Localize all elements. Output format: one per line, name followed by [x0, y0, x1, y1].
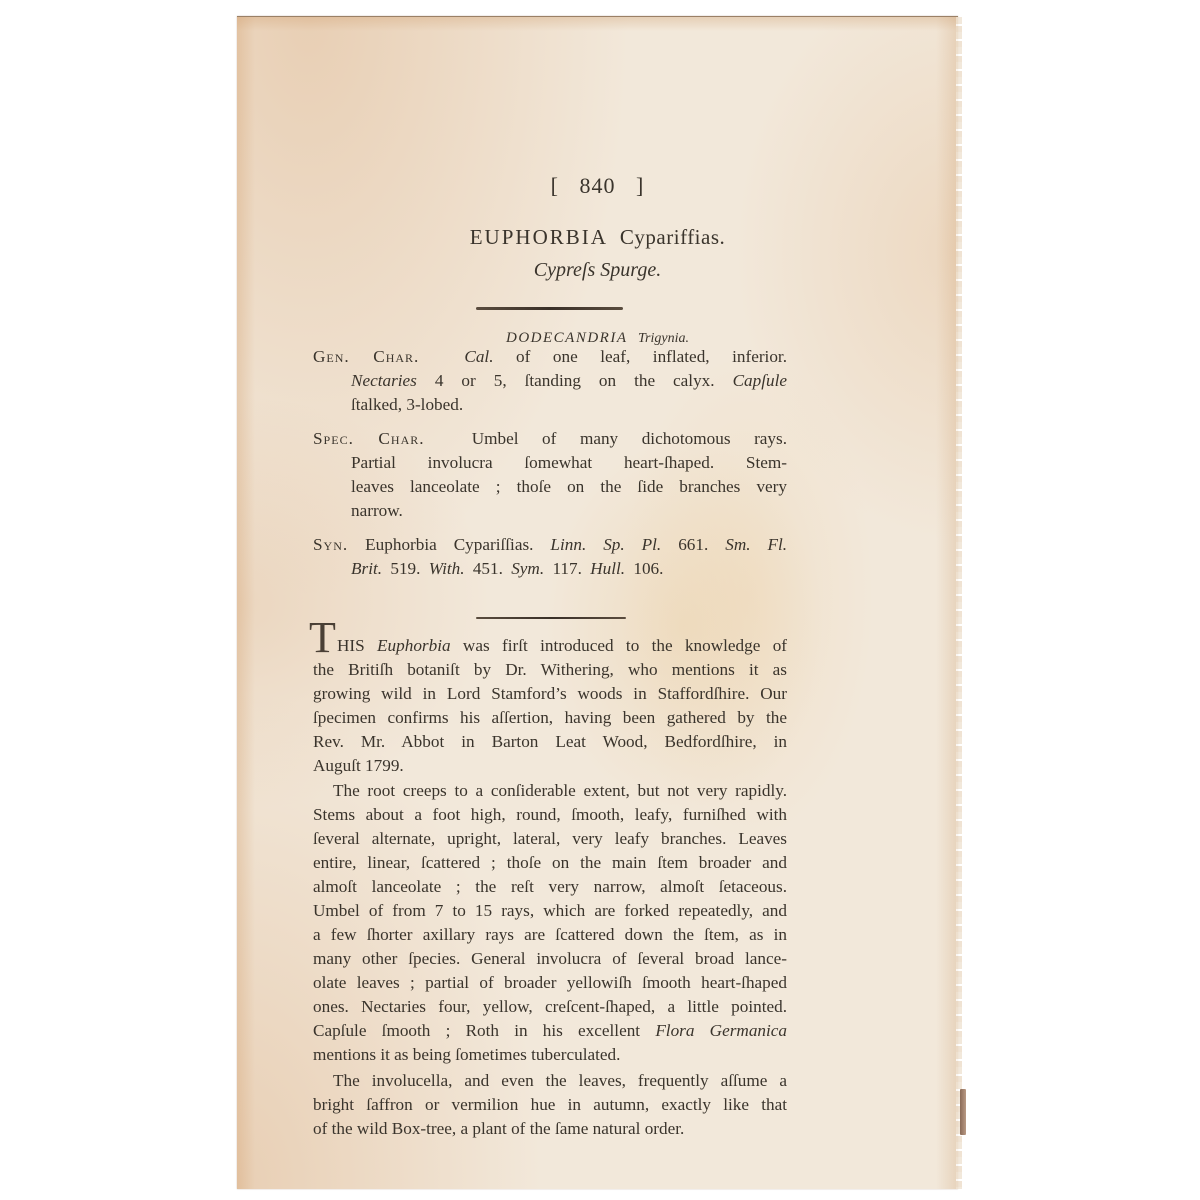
spec-char-line-1: Spec. Char. Umbel of many dichotomous ra…	[313, 427, 787, 451]
p1-line-4: ſpecimen confirms his aſſertion, having …	[313, 706, 787, 730]
p2-line-12: mentions it as being ſometimes tubercula…	[313, 1043, 787, 1067]
gen-char-line-1: Gen. Char. Cal. of one leaf, inflated, i…	[313, 345, 787, 369]
p1-line-1: THIS Euphorbia was firſt introduced to t…	[313, 634, 787, 658]
order-name: Trigynia.	[638, 331, 689, 346]
syn-ref-num: 106.	[633, 559, 663, 578]
p2-line-10: ones. Nectaries four, yellow, creſcent-ſ…	[313, 995, 787, 1019]
p2-line-1: The root creeps to a conſiderable extent…	[333, 779, 787, 803]
syn-label: Syn.	[313, 535, 348, 554]
p1-text: was firſt introduced to the knowledge of	[463, 636, 787, 655]
p2-line-7: a few ſhorter axillary rays are ſcattere…	[313, 923, 787, 947]
p3-line-2: bright ſaffron or vermilion hue in autum…	[313, 1093, 787, 1117]
p1-line-6: Auguſt 1799.	[313, 754, 787, 778]
p2-italic-title: Flora Germanica	[655, 1021, 787, 1040]
syn-name: Euphorbia Cypariſſias.	[365, 535, 533, 554]
p1-italic: Euphorbia	[377, 636, 451, 655]
syn-ref: Sym.	[511, 559, 544, 578]
p1-line-5: Rev. Mr. Abbot in Barton Leat Wood, Bedf…	[313, 730, 787, 754]
p1-line-2: the Britiſh botaniſt by Dr. Withering, w…	[313, 658, 787, 682]
spec-char-text: Umbel of many dichotomous rays.	[472, 429, 787, 448]
divider-rule	[476, 307, 623, 310]
gen-char-text: of one leaf, inflated, inferior.	[494, 347, 787, 366]
gen-char-text: 4 or 5, ſtanding on the calyx.	[417, 371, 733, 390]
book-page: [ 840 ] EUPHORBIACypariffias. Cypreſs Sp…	[237, 16, 958, 1189]
gen-char-line-2: Nectaries 4 or 5, ſtanding on the calyx.…	[351, 369, 787, 393]
gen-char-capsule: Capſule	[733, 371, 787, 390]
syn-ref: Linn. Sp. Pl.	[550, 535, 661, 554]
gen-char-cal: Cal.	[464, 347, 493, 366]
p1-first-word: HIS	[337, 636, 365, 655]
syn-ref-num: 519.	[390, 559, 420, 578]
syn-line-2: Brit. 519. With. 451. Sym. 117. Hull. 10…	[351, 557, 787, 581]
class-name: DODECANDRIA	[506, 330, 628, 346]
page-title: EUPHORBIACypariffias.	[237, 225, 958, 250]
p2-line-6: Umbel of from 7 to 15 rays, which are fo…	[313, 899, 787, 923]
syn-ref: Hull.	[590, 559, 625, 578]
p2-line-8: many other ſpecies. General involucra of…	[313, 947, 787, 971]
title-species: Cypariffias.	[620, 225, 725, 249]
p2-line-3: ſeveral alternate, upright, lateral, ver…	[313, 827, 787, 851]
p1-line-3: growing wild in Lord Stamford’s woods in…	[313, 682, 787, 706]
p2-line-4: entire, linear, ſcattered ; thoſe on the…	[313, 851, 787, 875]
p2-line-5: almoſt lanceolate ; the reſt very narrow…	[313, 875, 787, 899]
p3-line-1: The involucella, and even the leaves, fr…	[333, 1069, 787, 1093]
binding-tab	[960, 1089, 966, 1135]
syn-ref: With.	[429, 559, 465, 578]
spec-char-label: Spec. Char.	[313, 429, 425, 448]
syn-ref-num: 661.	[678, 535, 708, 554]
common-name: Cypreſs Spurge.	[237, 259, 958, 282]
syn-ref: Brit.	[351, 559, 382, 578]
title-genus: EUPHORBIA	[470, 225, 608, 249]
syn-ref-num: 451.	[473, 559, 503, 578]
p2-line-9: olate leaves ; partial of broader yellow…	[313, 971, 787, 995]
drop-cap: T	[309, 616, 336, 660]
gen-char-nectaries: Nectaries	[351, 371, 417, 390]
page-number: [ 840 ]	[237, 173, 958, 199]
spec-char-line-2: Partial involucra ſomewhat heart-ſhaped.…	[351, 451, 787, 475]
p2-line-2: Stems about a foot high, round, ſmooth, …	[313, 803, 787, 827]
syn-ref: Sm. Fl.	[725, 535, 787, 554]
gen-char-line-3: ſtalked, 3-lobed.	[351, 393, 787, 417]
syn-ref-num: 117.	[552, 559, 581, 578]
spec-char-line-4: narrow.	[351, 499, 787, 523]
p2-text: Capſule ſmooth ; Roth in his excellent	[313, 1021, 640, 1040]
syn-line-1: Syn. Euphorbia Cypariſſias. Linn. Sp. Pl…	[313, 533, 787, 557]
gen-char-label: Gen. Char.	[313, 347, 419, 366]
p2-line-11: Capſule ſmooth ; Roth in his excellent F…	[313, 1019, 787, 1043]
spec-char-line-3: leaves lanceolate ; thoſe on the ſide br…	[351, 475, 787, 499]
p3-line-3: of the wild Box-tree, a plant of the ſam…	[313, 1117, 787, 1141]
divider-rule	[476, 617, 626, 619]
